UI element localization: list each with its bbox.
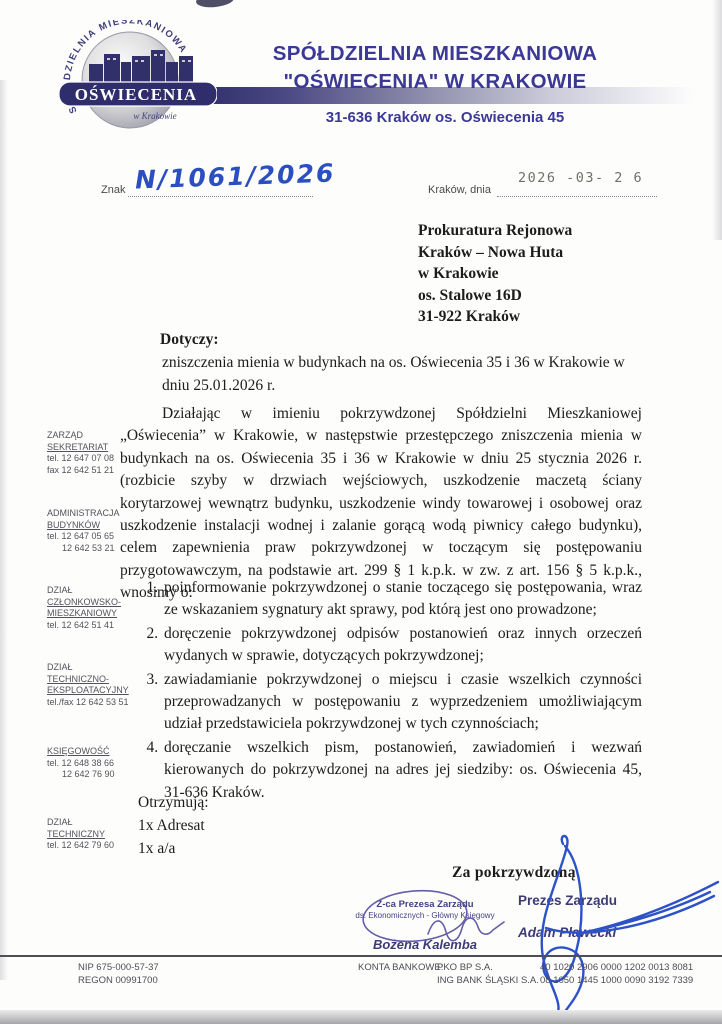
dept-name: KSIĘGOWOŚĆ <box>47 746 115 758</box>
dept-name: DZIAŁ <box>47 585 121 597</box>
dept-name: MIESZKANIOWY <box>47 608 121 620</box>
request-item: zawiadamianie pokrzywdzonej o miejscu i … <box>162 669 642 736</box>
regon-number: REGON 00991700 <box>78 974 159 987</box>
subject-text: zniszczenia mienia w budynkach na os. Oś… <box>162 352 644 397</box>
dept-name: EKSPLOATACYJNY <box>47 685 129 697</box>
recipient-line: Kraków – Nowa Huta <box>418 242 572 264</box>
scanned-letter-page: SPÓŁDZIELNIA MIESZKANIOWA OŚWIECENIA w K… <box>0 0 722 1024</box>
dept-phone: tel. 12 647 05 65 <box>47 531 120 543</box>
org-title: SPÓŁDZIELNIA MIESZKANIOWA "OŚWIECENIA" W… <box>240 40 630 96</box>
recipient-line: w Krakowie <box>418 263 572 285</box>
scan-edge-shadow-right <box>712 0 722 240</box>
request-item: poinformowanie pokrzywdzonej o stanie to… <box>162 577 642 622</box>
org-address: 31-636 Kraków os. Oświecenia 45 <box>250 109 640 126</box>
requests-section: poinformowanie pokrzywdzonej o stanie to… <box>120 577 642 805</box>
stamp-title-line: Z-ca Prezesa Zarządu <box>345 899 505 910</box>
dept-phone: tel. 12 647 07 08 <box>47 453 114 465</box>
bank-accounts-label: KONTA BANKOWE: <box>358 961 443 974</box>
scan-artifact-mark <box>195 0 234 9</box>
scan-bottom-shadow <box>0 1010 722 1024</box>
sidebar-block-techniczno-eksploatacyjny: DZIAŁ TECHNICZNO- EKSPLOATACYJNY tel./fa… <box>47 662 129 708</box>
reference-dotted-line <box>128 196 313 197</box>
dept-phone: tel./fax 12 642 53 51 <box>47 697 129 709</box>
scan-edge-shadow-left <box>0 80 8 980</box>
distribution-item: 1x Adresat <box>138 814 209 837</box>
distribution-item: 1x a/a <box>138 837 209 860</box>
logo-banner-text: OŚWIECENIA <box>75 85 197 104</box>
dept-name: SEKRETARIAT <box>47 442 114 454</box>
bank-name: ING BANK ŚLĄSKI S.A. <box>437 974 539 987</box>
dept-name: ZARZĄD <box>47 430 114 442</box>
deputy-president-stamp: Z-ca Prezesa Zarządu ds. Ekonomicznych -… <box>345 899 505 952</box>
dept-name: TECHNICZNY <box>47 829 114 841</box>
dateline-label: Kraków, dnia <box>428 184 491 196</box>
dept-phone: tel. 12 642 51 41 <box>47 620 121 632</box>
request-item: doręczanie wszelkich pism, postanowień, … <box>162 737 642 804</box>
bank-account-numbers: 40 1020 2906 0000 1202 0013 8081 08 1050… <box>540 961 693 987</box>
recipient-address: Prokuratura Rejonowa Kraków – Nowa Huta … <box>418 220 572 328</box>
distribution-heading: Otrzymują: <box>138 791 209 814</box>
stamp-title-line: Prezes Zarządu <box>518 893 688 908</box>
dept-name: ADMINISTRACJA <box>47 508 120 520</box>
org-title-line2: "OŚWIECENIA" W KRAKOWIE <box>240 68 630 96</box>
cooperative-logo: SPÓŁDZIELNIA MIESZKANIOWA OŚWIECENIA w K… <box>33 20 217 136</box>
nip-number: NIP 675-000-57-37 <box>78 961 159 974</box>
distribution-list: Otrzymują: 1x Adresat 1x a/a <box>138 791 209 860</box>
bank-account: 08 1050 1445 1000 0090 3192 7339 <box>540 974 693 987</box>
dept-phone: tel. 12 648 38 66 <box>47 758 115 770</box>
stamp-name: Bożena Kalemba <box>345 937 505 952</box>
subject-label: Dotyczy: <box>160 331 219 349</box>
reference-number-handwritten: N/1061/2026 <box>135 159 336 195</box>
reference-label: Znak <box>101 184 125 196</box>
sidebar-block-administracja: ADMINISTRACJA BUDYNKÓW tel. 12 647 05 65… <box>47 508 120 554</box>
logo-subtitle: w Krakowie <box>133 111 176 121</box>
stamp-title-line: ds. Ekonomicznych - Główny Księgowy <box>345 911 505 920</box>
dept-name: DZIAŁ <box>47 817 114 829</box>
sidebar-block-czlonkowsko: DZIAŁ CZŁONKOWSKO- MIESZKANIOWY tel. 12 … <box>47 585 121 631</box>
stamp-name: Adam Pławecki <box>518 925 688 940</box>
dept-name: CZŁONKOWSKO- <box>47 597 121 609</box>
recipient-line: os. Stalowe 16D <box>418 285 572 307</box>
dateline-dotted-line <box>497 196 657 197</box>
request-item: doręczenie pokrzywdzonej odpisów postano… <box>162 623 642 668</box>
dept-phone: tel. 12 642 79 60 <box>47 840 114 852</box>
on-behalf-heading: Za pokrzywdzoną <box>452 864 576 882</box>
requests-list: poinformowanie pokrzywdzonej o stanie to… <box>120 577 642 804</box>
bank-account: 40 1020 2906 0000 1202 0013 8081 <box>540 961 693 974</box>
bank-name: PKO BP S.A. <box>437 961 539 974</box>
dept-fax: fax 12 642 51 21 <box>47 465 114 477</box>
footer-registration: NIP 675-000-57-37 REGON 00991700 <box>78 961 159 987</box>
president-stamp: Prezes Zarządu Adam Pławecki <box>518 893 688 940</box>
sidebar-block-ksiegowosc: KSIĘGOWOŚĆ tel. 12 648 38 66 12 642 76 9… <box>47 746 115 781</box>
sidebar-block-techniczny: DZIAŁ TECHNICZNY tel. 12 642 79 60 <box>47 817 114 852</box>
recipient-line: Prokuratura Rejonowa <box>418 220 572 242</box>
dept-name: TECHNICZNO- <box>47 674 129 686</box>
dept-phone: 12 642 53 21 <box>47 543 120 555</box>
recipient-line: 31-922 Kraków <box>418 306 572 328</box>
date-stamp: 2026 -03- 2 6 <box>518 170 643 186</box>
sidebar-block-zarzad: ZARZĄD SEKRETARIAT tel. 12 647 07 08 fax… <box>47 430 114 476</box>
org-title-line1: SPÓŁDZIELNIA MIESZKANIOWA <box>240 40 630 68</box>
dept-name: BUDYNKÓW <box>47 520 120 532</box>
body-paragraph: Działając w imieniu pokrzywdzonej Spółdz… <box>120 403 642 605</box>
footer-divider <box>0 955 722 957</box>
dept-phone: 12 642 76 90 <box>47 769 115 781</box>
dept-name: DZIAŁ <box>47 662 129 674</box>
bank-names: PKO BP S.A. ING BANK ŚLĄSKI S.A. <box>437 961 539 987</box>
